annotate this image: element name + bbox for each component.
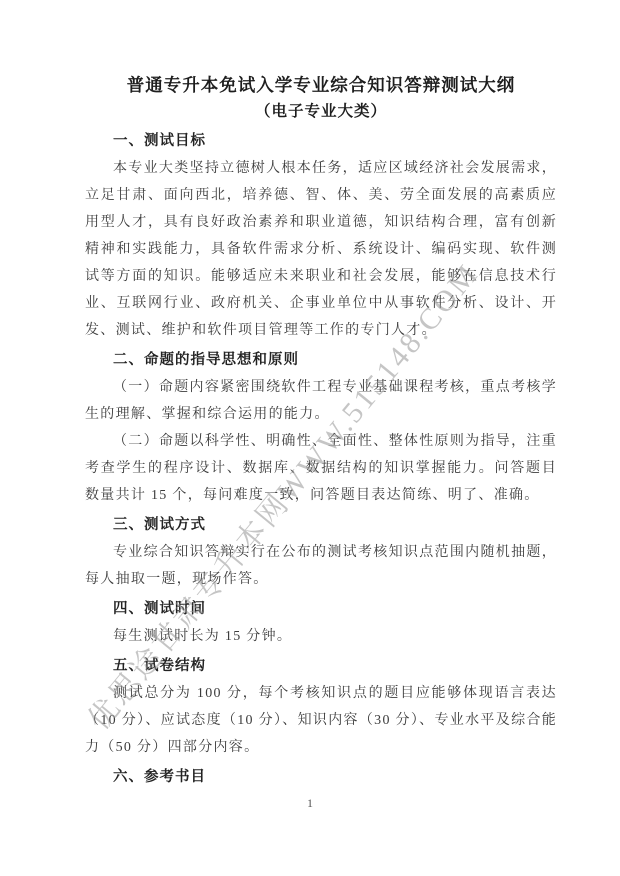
paragraph: 专业综合知识答辩实行在公布的测试考核知识点范围内随机抽题，每人抽取一题，现场作答… [85,539,557,593]
paragraph: 本专业大类坚持立德树人根本任务，适应区域经济社会发展需求，立足甘肃、面向西北，培… [85,155,557,344]
paragraph: 每生测试时长为 15 分钟。 [85,623,557,650]
document-title: 普通专升本免试入学专业综合知识答辩测试大纲 [85,72,557,99]
document-content: 普通专升本免试入学专业综合知识答辩测试大纲 （电子专业大类） 一、测试目标本专业… [0,0,620,791]
section-heading: 一、测试目标 [85,128,557,155]
paragraph: 测试总分为 100 分，每个考核知识点的题目应能够体现语言表达（10 分）、应试… [85,680,557,761]
section-heading: 五、试卷结构 [85,653,557,680]
document-body: 一、测试目标本专业大类坚持立德树人根本任务，适应区域经济社会发展需求，立足甘肃、… [85,128,557,791]
section-heading: 二、命题的指导思想和原则 [85,347,557,374]
section-heading: 四、测试时间 [85,596,557,623]
paragraph: （一）命题内容紧密围绕软件工程专业基础课程考核，重点考核学生的理解、掌握和综合运… [85,374,557,428]
document-subtitle: （电子专业大类） [85,99,557,125]
section-heading: 三、测试方式 [85,512,557,539]
page-number: 1 [0,796,620,811]
paragraph: （二）命题以科学性、明确性、全面性、整体性原则为指导，注重考查学生的程序设计、数… [85,428,557,509]
section-heading: 六、参考书目 [85,764,557,791]
document-page: 优思途甘肃专升本网WWW.515148.COM 普通专升本免试入学专业综合知识答… [0,0,620,876]
